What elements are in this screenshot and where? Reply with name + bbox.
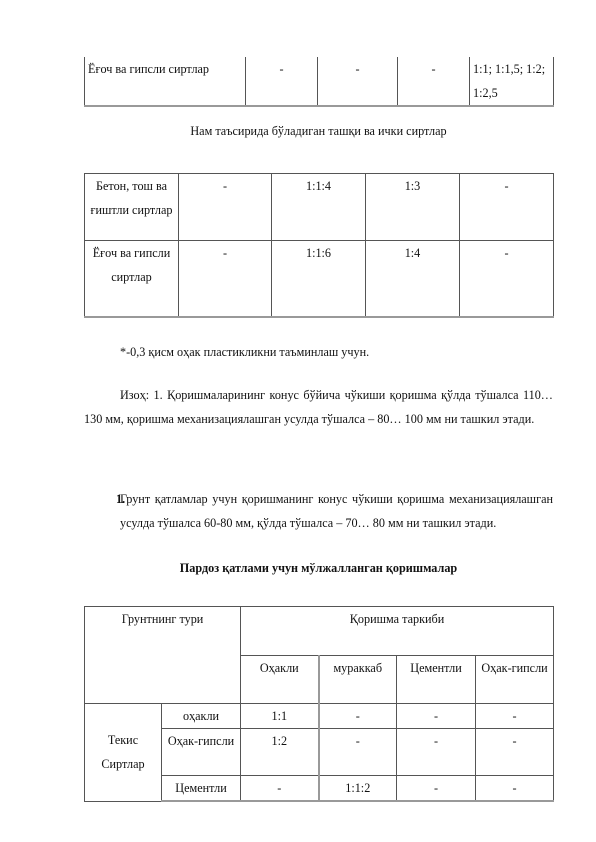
table-cell: - [476,729,554,776]
header-column: Оҳакли [241,656,319,704]
finish-table-title: Пардоз қатлами учун мўлжалланган қоришма… [84,558,553,578]
footnote: *-0,3 қисм оҳак пластикликни таъминлаш у… [120,342,369,362]
header-column: Цементли [397,656,476,704]
table-cell: - [179,241,272,317]
table-cell: 1:3 [366,174,460,241]
table-cell: - [241,776,319,802]
table-row: Текис Сиртлар оҳакли 1:1 - - - [85,704,554,729]
table-moist-surfaces: Бетон, тош ва ғиштли сиртлар - 1:1:4 1:3… [84,173,554,318]
table-cell: 1:4 [366,241,460,317]
row-label: Ёғоч ва гипсли сиртлар [85,241,179,317]
header-soil-type: Грунтнинг тури [85,607,241,704]
table-cell: - [476,704,554,729]
table-cell: - [397,704,476,729]
table-cell: 1:1 [241,704,319,729]
row-label: оҳакли [162,704,241,729]
table-cell: - [476,776,554,802]
list-number: 1. [116,488,125,512]
table-cell: - [319,729,397,776]
row-label: Цементли [162,776,241,802]
table-row: Ёғоч ва гипсли сиртлар - 1:1:6 1:4 - [85,241,554,317]
table-cell: - [319,704,397,729]
table-continuation: Ёғоч ва гипсли сиртлар - - - 1:1; 1:1,5;… [84,57,554,107]
table-cell: 1:1:4 [272,174,366,241]
table-cell: - [460,174,554,241]
table-cell: - [398,57,470,106]
table-cell: - [397,776,476,802]
table-row: Бетон, тош ва ғиштли сиртлар - 1:1:4 1:3… [85,174,554,241]
table-cell: - [460,241,554,317]
table-cell: - [246,57,318,106]
table-row: Ёғоч ва гипсли сиртлар - - - 1:1; 1:1,5;… [85,57,554,106]
section-caption: Нам таъсирида бўладиган ташқи ва ички си… [84,121,553,141]
row-label: Оҳак-гипсли [162,729,241,776]
row-label: Бетон, тош ва ғиштли сиртлар [85,174,179,241]
header-composition: Қоришма таркиби [241,607,554,656]
table-header-row: Грунтнинг тури Қоришма таркиби [85,607,554,656]
group-label: Текис Сиртлар [85,704,162,802]
table-cell: 1:1; 1:1,5; 1:2; 1:2,5 [470,57,554,106]
table-finish-mortars: Грунтнинг тури Қоришма таркиби Оҳакли му… [84,606,554,802]
note-list-item: 1. Грунт қатламлар учун қоришманинг кону… [84,488,553,535]
table-cell: - [318,57,398,106]
note-paragraph: Изоҳ: 1. Қоришмаларининг конус бўйича чў… [84,384,553,431]
table-cell: - [397,729,476,776]
table-cell: 1:1:2 [319,776,397,802]
table-cell: 1:2 [241,729,319,776]
table-cell: 1:1:6 [272,241,366,317]
header-column: мураккаб [319,656,397,704]
header-column: Оҳак-гипсли [476,656,554,704]
table-cell: - [179,174,272,241]
list-text: Грунт қатламлар учун қоришманинг конус ч… [120,488,553,535]
row-label: Ёғоч ва гипсли сиртлар [85,57,246,106]
